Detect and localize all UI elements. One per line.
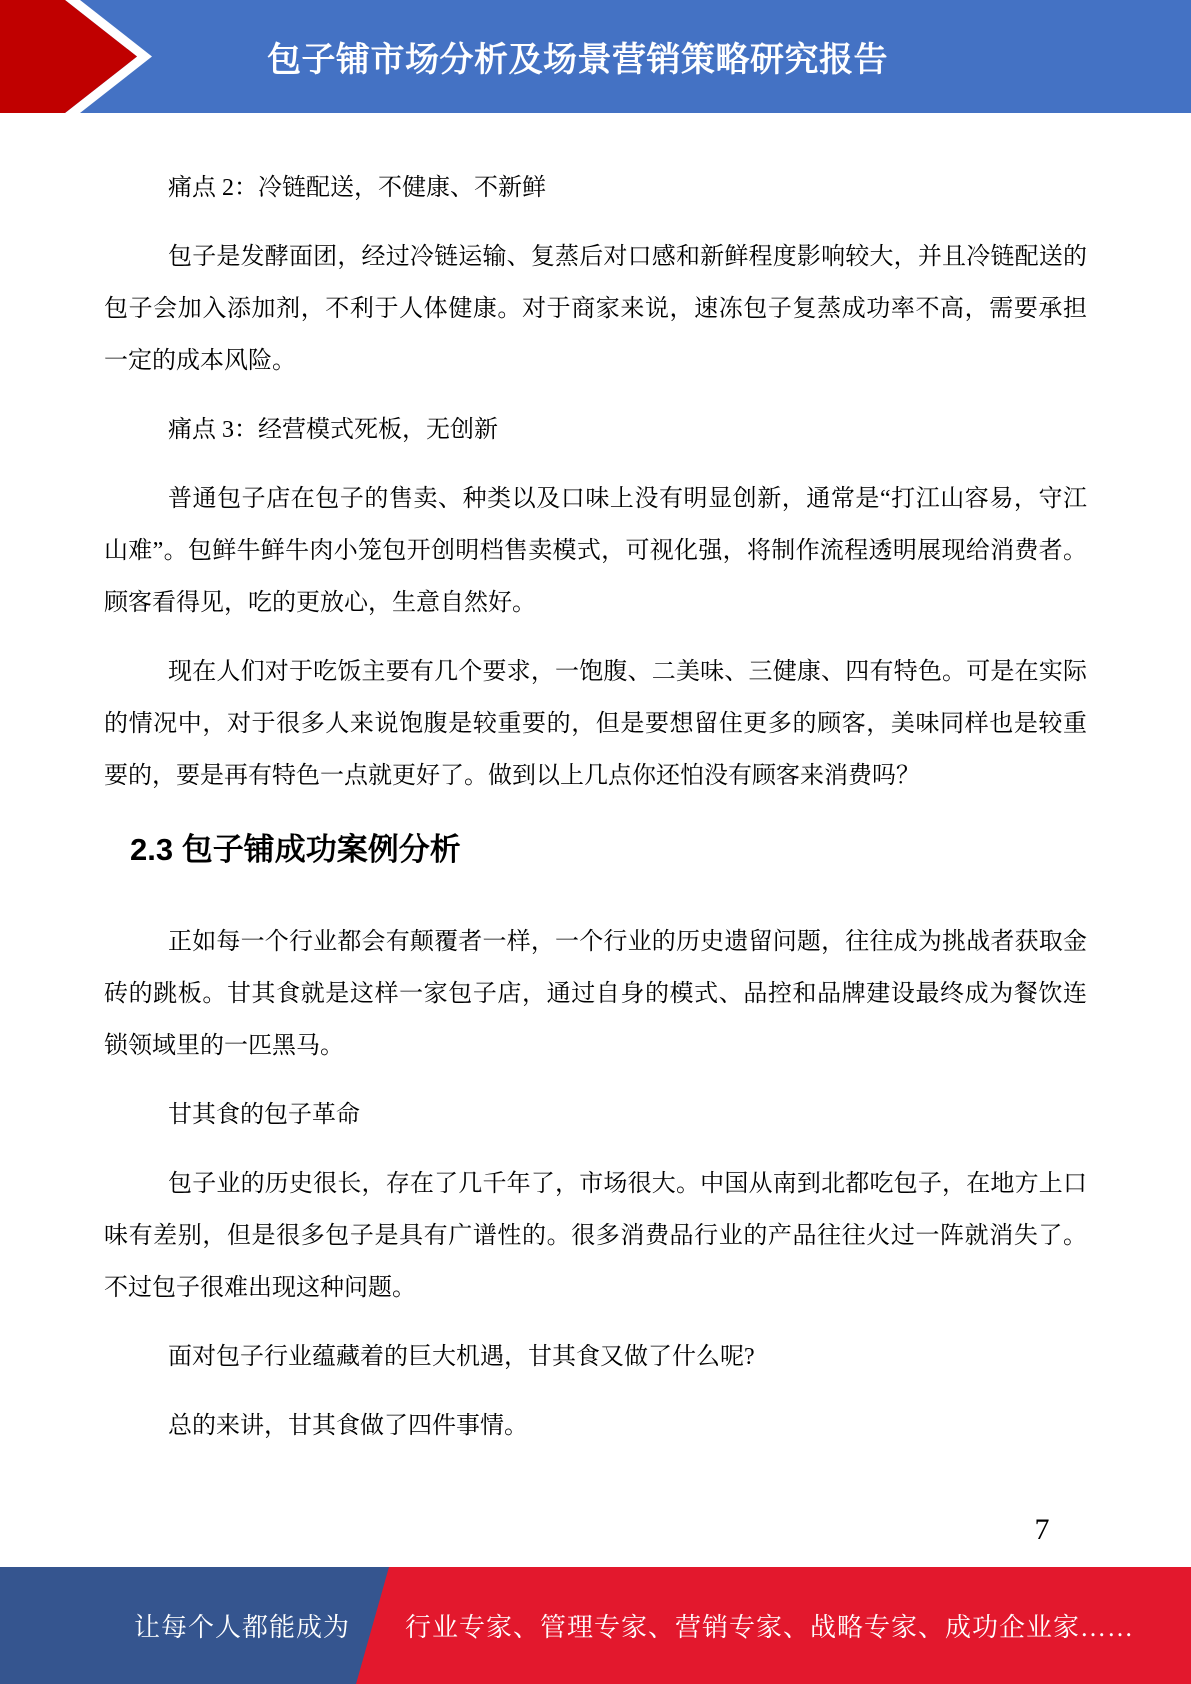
paragraph: 甘其食的包子革命 bbox=[104, 1089, 1087, 1141]
paragraph: 痛点 2：冷链配送，不健康、不新鲜 bbox=[104, 162, 1087, 214]
document-page: 包子铺市场分析及场景营销策略研究报告 痛点 2：冷链配送，不健康、不新鲜 包子是… bbox=[0, 0, 1191, 1684]
paragraph: 痛点 3：经营模式死板，无创新 bbox=[104, 404, 1087, 456]
paragraph: 面对包子行业蕴藏着的巨大机遇，甘其食又做了什么呢? bbox=[104, 1331, 1087, 1383]
paragraph: 正如每一个行业都会有颠覆者一样，一个行业的历史遗留问题，往往成为挑战者获取金砖的… bbox=[104, 916, 1087, 1072]
section-heading: 2.3 包子铺成功案例分析 bbox=[104, 822, 1087, 878]
page-content: 痛点 2：冷链配送，不健康、不新鲜 包子是发酵面团，经过冷链运输、复蒸后对口感和… bbox=[0, 113, 1191, 1452]
paragraph: 包子是发酵面团，经过冷链运输、复蒸后对口感和新鲜程度影响较大，并且冷链配送的包子… bbox=[104, 231, 1087, 387]
header-banner: 包子铺市场分析及场景营销策略研究报告 bbox=[0, 0, 1191, 113]
chevron-arrow-icon bbox=[0, 0, 160, 113]
paragraph: 现在人们对于吃饭主要有几个要求，一饱腹、二美味、三健康、四有特色。可是在实际的情… bbox=[104, 646, 1087, 802]
report-title: 包子铺市场分析及场景营销策略研究报告 bbox=[0, 0, 1191, 113]
footer: 让每个人都能成为 行业专家、管理专家、营销专家、战略专家、成功企业家…… bbox=[0, 1567, 1191, 1684]
paragraph: 普通包子店在包子的售卖、种类以及口味上没有明显创新，通常是“打江山容易，守江山难… bbox=[104, 473, 1087, 629]
footer-slogan-right: 行业专家、管理专家、营销专家、战略专家、成功企业家…… bbox=[405, 1567, 1134, 1684]
footer-slogan-left: 让每个人都能成为 bbox=[0, 1567, 350, 1684]
paragraph: 总的来讲，甘其食做了四件事情。 bbox=[104, 1400, 1087, 1452]
page-number: 7 bbox=[1012, 1512, 1072, 1548]
paragraph: 包子业的历史很长，存在了几千年了，市场很大。中国从南到北都吃包子，在地方上口味有… bbox=[104, 1158, 1087, 1314]
